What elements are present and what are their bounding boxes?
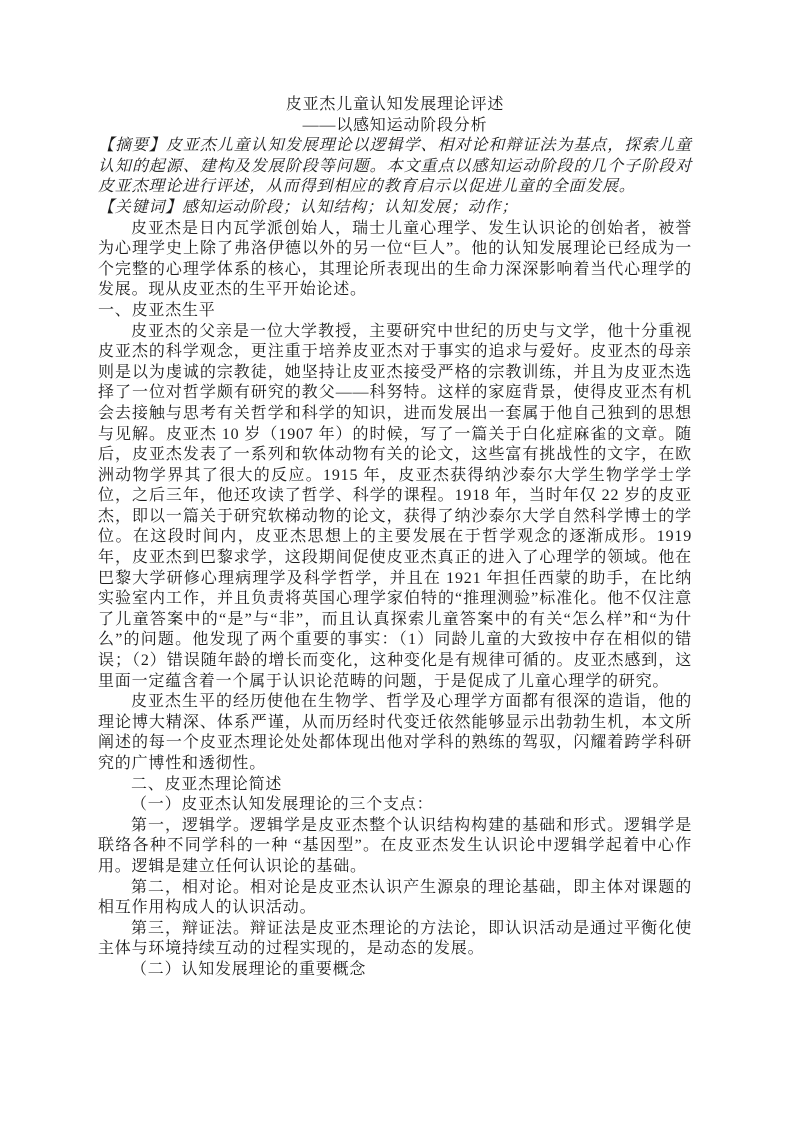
- document-text-block: 皮亚杰儿童认知发展理论评述 ——以感知运动阶段分析 【摘要】皮亚杰儿童认知发展理…: [98, 95, 692, 981]
- section-2-heading: 二、皮亚杰理论简述: [98, 775, 692, 796]
- subsection-2-heading: （二）认知发展理论的重要概念: [98, 960, 692, 981]
- intro-paragraph: 皮亚杰是日内瓦学派创始人，瑞士儿童心理学、发生认识论的创始者，被誉为心理学史上除…: [98, 219, 692, 301]
- abstract-text: 皮亚杰儿童认知发展理论以逻辑学、相对论和辩证法为基点，探索儿童认知的起源、建构及…: [98, 137, 692, 195]
- abstract-label: 【摘要】: [98, 137, 166, 154]
- keywords-paragraph: 【关键词】感知运动阶段；认知结构；认知发展；动作；: [98, 198, 692, 219]
- subsection-1-heading: （一）皮亚杰认知发展理论的三个支点：: [98, 795, 692, 816]
- point-1-logic-paragraph: 第一，逻辑学。逻辑学是皮亚杰整个认识结构构建的基础和形式。逻辑学是联络各种不同学…: [98, 816, 692, 878]
- document-title: 皮亚杰儿童认知发展理论评述: [98, 95, 692, 116]
- keywords-text: 感知运动阶段；认知结构；认知发展；动作；: [182, 199, 518, 216]
- biography-summary-paragraph: 皮亚杰生平的经历使他在生物学、哲学及心理学方面都有很深的造诣，他的理论博大精深、…: [98, 692, 692, 774]
- section-1-heading: 一、皮亚杰生平: [98, 301, 692, 322]
- point-2-relativity-paragraph: 第二，相对论。相对论是皮亚杰认识产生源泉的理论基础，即主体对课题的相互作用构成人…: [98, 878, 692, 919]
- biography-paragraph: 皮亚杰的父亲是一位大学教授，主要研究中世纪的历史与文学，他十分重视皮亚杰的科学观…: [98, 322, 692, 693]
- document-subtitle: ——以感知运动阶段分析: [98, 116, 692, 137]
- abstract-paragraph: 【摘要】皮亚杰儿童认知发展理论以逻辑学、相对论和辩证法为基点，探索儿童认知的起源…: [98, 136, 692, 198]
- point-3-dialectics-paragraph: 第三，辩证法。辩证法是皮亚杰理论的方法论，即认识活动是通过平衡化使主体与环境持续…: [98, 919, 692, 960]
- keywords-label: 【关键词】: [98, 199, 182, 216]
- document-page: 皮亚杰儿童认知发展理论评述 ——以感知运动阶段分析 【摘要】皮亚杰儿童认知发展理…: [0, 0, 800, 1132]
